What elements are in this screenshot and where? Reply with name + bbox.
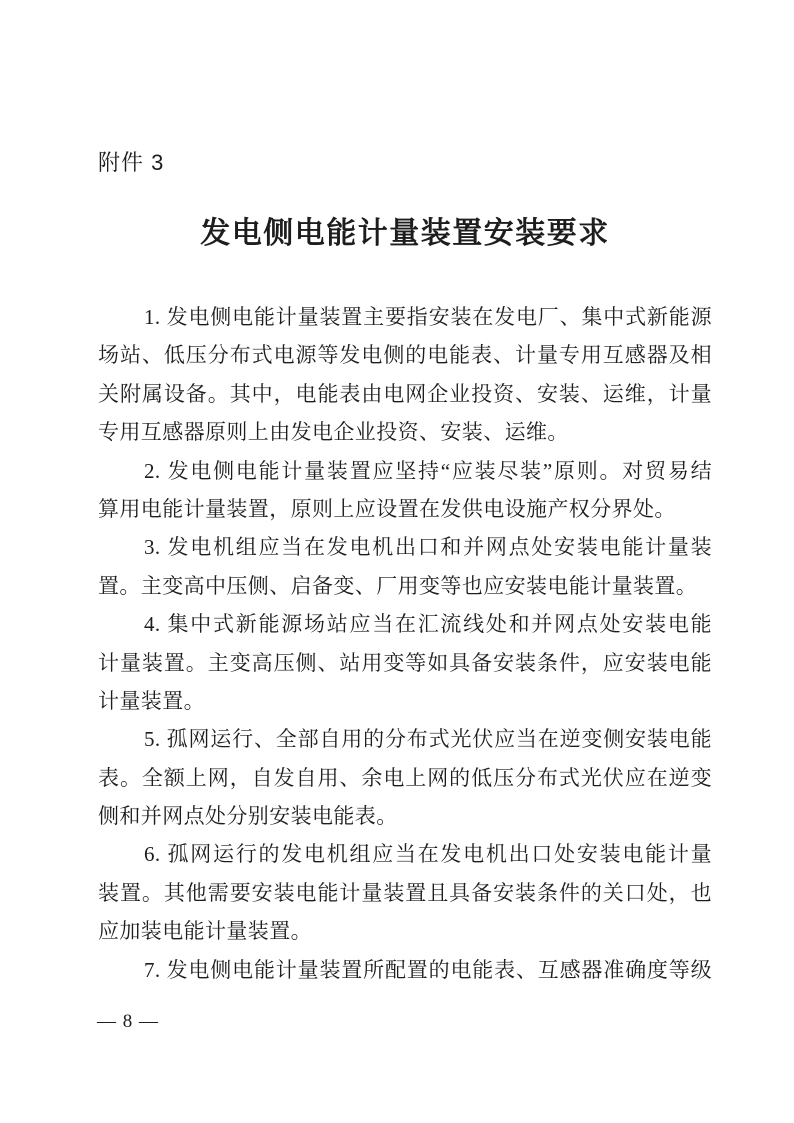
text-line: 侧和并网点处分别安装电能表。 <box>98 797 712 835</box>
text-line: 6. 孤网运行的发电机组应当在发电机出口处安装电能计量 <box>98 835 712 873</box>
page-number: — 8 — <box>97 1008 159 1036</box>
text-line: 3. 发电机组应当在发电机出口和并网点处安装电能计量装 <box>98 528 712 566</box>
attachment-label: 附件 3 <box>98 148 164 178</box>
text-line: 1. 发电侧电能计量装置主要指安装在发电厂、集中式新能源 <box>98 298 712 336</box>
text-line: 2. 发电侧电能计量装置应坚持“应装尽装”原则。对贸易结 <box>98 452 712 490</box>
text-line: 5. 孤网运行、全部自用的分布式光伏应当在逆变侧安装电能 <box>98 720 712 758</box>
text-line: 应加装电能计量装置。 <box>98 912 712 950</box>
document-title: 发电侧电能计量装置安装要求 <box>98 214 712 254</box>
text-line: 专用互感器原则上由发电企业投资、安装、运维。 <box>98 413 712 451</box>
text-line: 4. 集中式新能源场站应当在汇流线处和并网点处安装电能 <box>98 605 712 643</box>
text-line: 7. 发电侧电能计量装置所配置的电能表、互感器准确度等级 <box>98 951 712 989</box>
text-line: 计量装置。 <box>98 682 712 720</box>
text-line: 表。全额上网，自发自用、余电上网的低压分布式光伏应在逆变 <box>98 759 712 797</box>
text-line: 算用电能计量装置，原则上应设置在发供电设施产权分界处。 <box>98 490 712 528</box>
document-body: 1. 发电侧电能计量装置主要指安装在发电厂、集中式新能源场站、低压分布式电源等发… <box>98 298 712 989</box>
text-line: 置。主变高中压侧、启备变、厂用变等也应安装电能计量装置。 <box>98 567 712 605</box>
text-line: 计量装置。主变高压侧、站用变等如具备安装条件，应安装电能 <box>98 644 712 682</box>
text-line: 装置。其他需要安装电能计量装置且具备安装条件的关口处，也 <box>98 874 712 912</box>
document-page: 附件 3 发电侧电能计量装置安装要求 1. 发电侧电能计量装置主要指安装在发电厂… <box>0 0 794 1123</box>
text-line: 关附属设备。其中，电能表由电网企业投资、安装、运维，计量 <box>98 375 712 413</box>
text-line: 场站、低压分布式电源等发电侧的电能表、计量专用互感器及相 <box>98 336 712 374</box>
